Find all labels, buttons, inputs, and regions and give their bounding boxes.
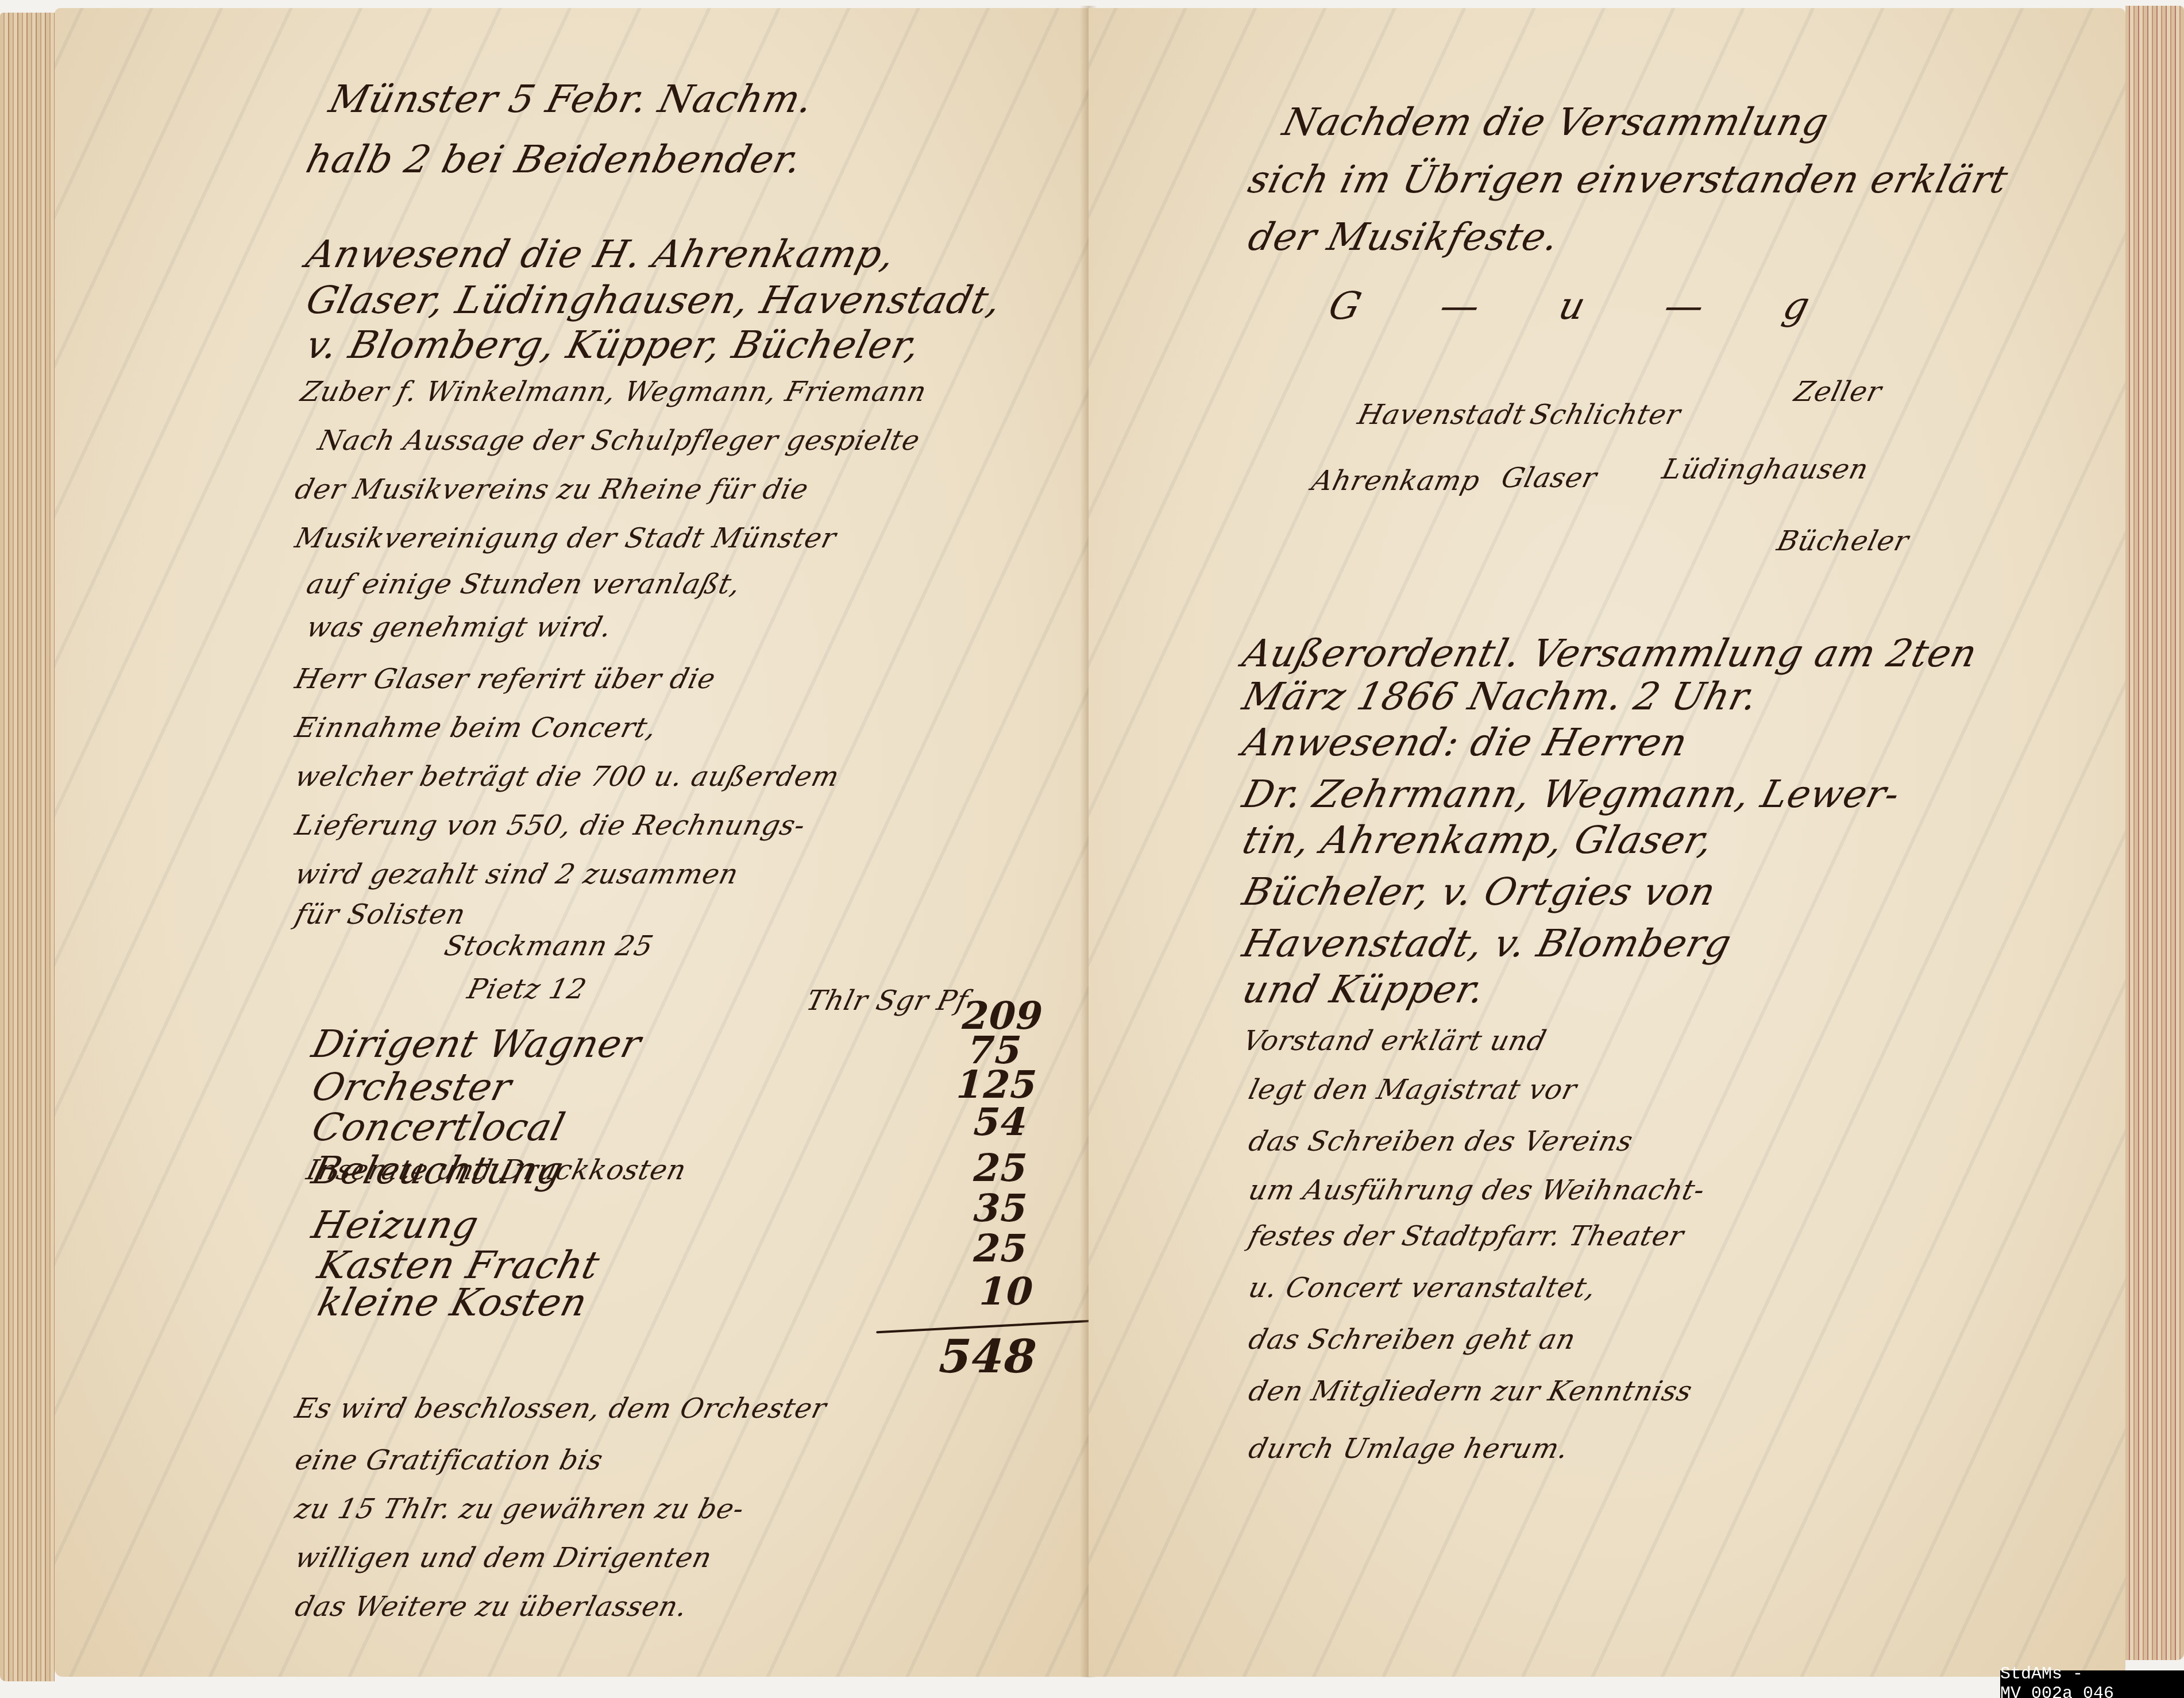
signature: Lüdinghausen [1659,453,1872,485]
left-page-edges [0,13,55,1681]
handwritten-line: Zuber f. Winkelmann, Wegmann, Friemann [298,376,930,408]
handwritten-line: Nach Aussage der Schulpfleger gespielte [315,424,924,457]
handwritten-line: Glaser, Lüdinghausen, Havenstadt, [302,278,1006,322]
handwritten-line: Vorstand erklärt und [1240,1025,1550,1057]
handwritten-line: Münster 5 Febr. Nachm. [325,77,818,121]
ledger-amount: 25 [968,1226,1033,1271]
handwritten-line: Einnahme beim Concert, [292,712,660,744]
ledger-item: Dirigent Wagner [307,1022,646,1066]
handwritten-line: festes der Stadtpfarr. Theater [1245,1220,1687,1252]
currency-note: Thlr Sgr Pf [803,985,971,1017]
handwritten-line: welcher beträgt die 700 u. außerdem [292,761,843,793]
ledger-item: kleine Kosten [313,1280,592,1325]
handwritten-line: Außerordentl. Versammlung am 2ten [1238,631,1982,676]
handwritten-line: Anwesend: die Herren [1238,720,1692,765]
handwritten-line: Es wird beschlossen, dem Orchester [292,1392,830,1425]
handwritten-line: der Musikvereins zu Rheine für die [292,473,812,505]
right-page-edges [2125,6,2184,1660]
handwritten-line: Nachdem die Versammlung [1278,100,1833,144]
handwritten-line: den Mitgliedern zur Kenntniss [1245,1375,1696,1407]
handwritten-line: das Weitere zu überlassen. [292,1591,691,1623]
handwritten-line: durch Umlage herum. [1245,1433,1572,1465]
handwritten-line: u. Concert veranstaltet, [1245,1272,1600,1304]
ledger-item: Orchester [307,1065,516,1109]
handwritten-line: Musikvereinigung der Stadt Münster [292,522,840,554]
signature-marks: G — u — g [1324,284,1849,328]
ledger-header: Stockmann 25 [441,930,657,962]
ledger-item: Concertlocal [307,1105,569,1149]
handwritten-line: Havenstadt, v. Blomberg [1238,921,1736,966]
handwritten-line: sich im Übrigen einverstanden erklärt [1244,157,2012,202]
left-page: Münster 5 Febr. Nachm. halb 2 bei Beiden… [55,8,1089,1677]
handwritten-line: für Solisten [292,898,469,931]
open-ledger-book: Münster 5 Febr. Nachm. halb 2 bei Beiden… [0,0,2184,1698]
ledger-total: 548 [932,1329,1043,1383]
handwritten-line: um Ausführung des Weihnacht- [1245,1174,1708,1206]
ledger-item: Heizung [307,1203,483,1247]
handwritten-line: wird gezahlt sind 2 zusammen [292,858,742,890]
signature: Havenstadt [1355,399,1529,431]
handwritten-line: Dr. Zehrmann, Wegmann, Lewer- [1238,772,1904,816]
handwritten-line: tin, Ahrenkamp, Glaser, [1238,818,1718,862]
ledger-header: Pietz 12 [464,973,590,1005]
handwritten-line: das Schreiben des Vereins [1245,1125,1637,1157]
signature: Schlichter [1527,399,1684,431]
handwritten-line: und Küpper. [1238,967,1490,1012]
handwritten-line: willigen und dem Dirigenten [292,1542,715,1574]
handwritten-line: was genehmigt wird. [303,611,615,643]
archive-reference-label: StdAMs - MV_002a_046 [2000,1670,2184,1698]
handwritten-line: auf einige Stunden veranlaßt, [303,568,744,600]
handwritten-line: zu 15 Thlr. zu gewähren zu be- [292,1493,748,1525]
handwritten-line: Herr Glaser referirt über die [292,663,719,695]
handwritten-line: Anwesend die H. Ahrenkamp, [302,232,900,276]
handwritten-line: das Schreiben geht an [1245,1323,1579,1356]
ledger-item: Inserate und Druckkosten [303,1154,690,1186]
ledger-amount: 10 [974,1269,1039,1314]
ledger-amount: 54 [968,1099,1033,1144]
signature: Glaser [1498,462,1600,494]
handwritten-line: v. Blomberg, Küpper, Bücheler, [302,323,925,367]
signature: Ahrenkamp [1309,465,1484,497]
handwritten-line: Bücheler, v. Ortgies von [1238,870,1720,914]
ledger-amount: 35 [968,1186,1033,1230]
signature: Bücheler [1774,525,1912,557]
handwritten-line: halb 2 bei Beidenbender. [302,137,807,182]
handwritten-line: der Musikfeste. [1244,215,1564,259]
signature: Zeller [1791,376,1885,408]
right-page: Nachdem die Versammlung sich im Übrigen … [1089,8,2125,1677]
handwritten-line: März 1866 Nachm. 2 Uhr. [1238,674,1762,719]
handwritten-line: eine Gratification bis [292,1444,607,1476]
handwritten-line: Lieferung von 550, die Rechnungs- [292,809,809,842]
handwritten-line: legt den Magistrat vor [1245,1074,1580,1106]
ledger-amount: 25 [968,1145,1033,1190]
